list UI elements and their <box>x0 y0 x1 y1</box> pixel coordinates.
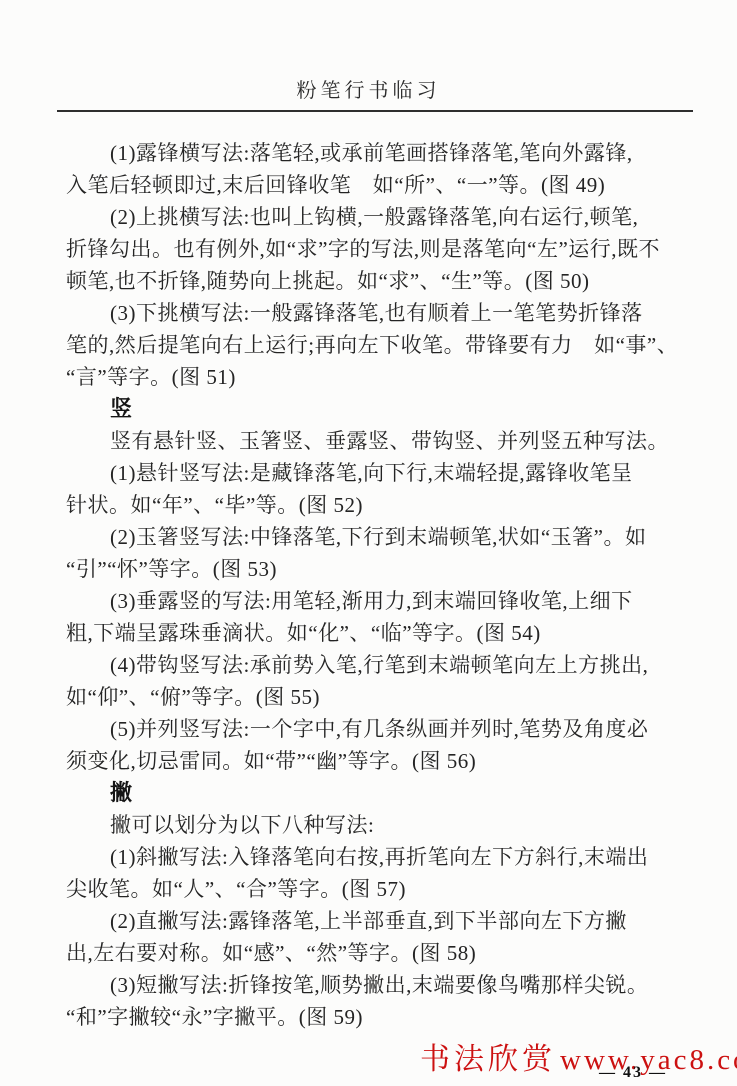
text-line: 须变化,切忌雷同。如“带”“幽”等字。(图 56) <box>66 745 672 777</box>
text-line: 入笔后轻顿即过,末后回锋收笔 如“所”、“一”等。(图 49) <box>66 169 672 201</box>
text-line: 出,左右要对称。如“感”、“然”等字。(图 58) <box>66 937 672 969</box>
text-line: (1)露锋横写法:落笔轻,或承前笔画搭锋落笔,笔向外露锋, <box>66 137 672 169</box>
text-line: 如“仰”、“俯”等字。(图 55) <box>66 681 672 713</box>
book-page: 粉笔行书临习 (1)露锋横写法:落笔轻,或承前笔画搭锋落笔,笔向外露锋, 入笔后… <box>0 0 737 1086</box>
text-line: “和”字撇较“永”字撇平。(图 59) <box>66 1001 672 1033</box>
section-heading-vertical-stroke: 竖 <box>66 393 672 425</box>
body-text-block: (1)露锋横写法:落笔轻,或承前笔画搭锋落笔,笔向外露锋, 入笔后轻顿即过,末后… <box>66 137 672 1033</box>
text-line: (2)直撇写法:露锋落笔,上半部垂直,到下半部向左下方撇 <box>66 905 672 937</box>
text-line: (5)并列竖写法:一个字中,有几条纵画并列时,笔势及角度必 <box>66 713 672 745</box>
text-line: (3)下挑横写法:一般露锋落笔,也有顺着上一笔笔势折锋落 <box>66 297 672 329</box>
text-line: 尖收笔。如“人”、“合”等字。(图 57) <box>66 873 672 905</box>
text-line: 折锋勾出。也有例外,如“求”字的写法,则是落笔向“左”运行,既不 <box>66 233 672 265</box>
text-line: “言”等字。(图 51) <box>66 361 672 393</box>
text-line: (1)斜撇写法:入锋落笔向右按,再折笔向左下方斜行,末端出 <box>66 841 672 873</box>
text-line: 顿笔,也不折锋,随势向上挑起。如“求”、“生”等。(图 50) <box>66 265 672 297</box>
text-line: (3)短撇写法:折锋按笔,顺势撇出,末端要像鸟嘴那样尖锐。 <box>66 969 672 1001</box>
text-line: “引”“怀”等字。(图 53) <box>66 553 672 585</box>
text-line: 笔的,然后提笔向右上运行;再向左下收笔。带锋要有力 如“事”、 <box>66 329 672 361</box>
site-watermark: 书法欣赏 www.yac8.com <box>420 1034 737 1078</box>
header-rule-line <box>57 110 693 112</box>
text-line: (4)带钩竖写法:承前势入笔,行笔到末端顿笔向左上方挑出, <box>66 649 672 681</box>
text-line: 粗,下端呈露珠垂滴状。如“化”、“临”等字。(图 54) <box>66 617 672 649</box>
text-line: (2)玉箸竖写法:中锋落笔,下行到末端顿笔,状如“玉箸”。如 <box>66 521 672 553</box>
text-line: (2)上挑横写法:也叫上钩横,一般露锋落笔,向右运行,顿笔, <box>66 201 672 233</box>
text-line: (1)悬针竖写法:是藏锋落笔,向下行,末端轻提,露锋收笔呈 <box>66 457 672 489</box>
text-line: (3)垂露竖的写法:用笔轻,渐用力,到末端回锋收笔,上细下 <box>66 585 672 617</box>
section-heading-left-falling-stroke: 撇 <box>66 777 672 809</box>
text-line: 针状。如“年”、“毕”等。(图 52) <box>66 489 672 521</box>
page-number: — 43 — <box>586 1064 680 1082</box>
watermark-text: 书法欣赏 <box>420 1043 556 1076</box>
page-header-title: 粉笔行书临习 <box>0 74 737 103</box>
text-line: 竖有悬针竖、玉箸竖、垂露竖、带钩竖、并列竖五种写法。 <box>66 425 672 457</box>
text-line: 撇可以划分为以下八种写法: <box>66 809 672 841</box>
